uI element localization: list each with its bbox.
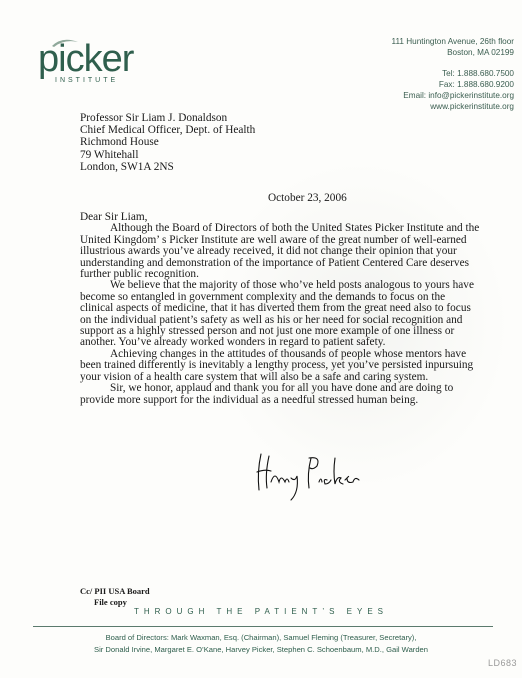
recipient-title: Chief Medical Officer, Dept. of Health bbox=[80, 124, 255, 136]
recipient-building: Richmond House bbox=[80, 136, 255, 148]
letter-date: October 23, 2006 bbox=[268, 192, 347, 204]
archive-reference-mark: LD683 bbox=[488, 658, 517, 668]
recipient-city: London, SW1A 2NS bbox=[80, 161, 255, 173]
address-line: 111 Huntington Avenue, 26th floor bbox=[392, 36, 514, 47]
board-line: Board of Directors: Mark Waxman, Esq. (C… bbox=[0, 632, 522, 644]
body-paragraph: We believe that the majority of those wh… bbox=[80, 280, 480, 348]
logo-wordmark: picker bbox=[38, 40, 133, 78]
signature bbox=[255, 452, 365, 507]
recipient-name: Professor Sir Liam J. Donaldson bbox=[80, 112, 255, 124]
address-city: Boston, MA 02199 bbox=[392, 47, 514, 58]
body-paragraph: Sir, we honor, applaud and thank you for… bbox=[80, 383, 480, 406]
carbon-copy-list: Cc/ PII USA Board File copy bbox=[80, 586, 150, 607]
footer-tagline: THROUGH THE PATIENT’S EYES bbox=[0, 607, 522, 616]
body-paragraph: Although the Board of Directors of both … bbox=[80, 223, 480, 280]
body-paragraph: Achieving changes in the attitudes of th… bbox=[80, 349, 480, 383]
board-of-directors: Board of Directors: Mark Waxman, Esq. (C… bbox=[0, 632, 522, 655]
cc-line: File copy bbox=[80, 597, 150, 608]
fax-number: Fax: 1.888.680.9200 bbox=[392, 79, 514, 90]
email-address: Email: info@pickerinstitute.org bbox=[392, 90, 514, 101]
letter-body: Dear Sir Liam, Although the Board of Dir… bbox=[80, 212, 480, 406]
board-line: Sir Donald Irvine, Margaret E. O’Kane, H… bbox=[0, 644, 522, 656]
cc-line: Cc/ PII USA Board bbox=[80, 586, 150, 597]
logo-subtitle: INSTITUTE bbox=[55, 77, 118, 84]
footer-divider bbox=[33, 626, 493, 627]
sender-contact-block: 111 Huntington Avenue, 26th floor Boston… bbox=[392, 36, 514, 112]
recipient-street: 79 Whitehall bbox=[80, 149, 255, 161]
phone-number: Tel: 1.888.680.7500 bbox=[392, 68, 514, 79]
handwritten-signature-icon bbox=[255, 452, 365, 502]
website-url: www.pickerinstitute.org bbox=[392, 101, 514, 112]
picker-institute-logo: picker INSTITUTE bbox=[38, 36, 138, 86]
recipient-address-block: Professor Sir Liam J. Donaldson Chief Me… bbox=[80, 112, 255, 173]
